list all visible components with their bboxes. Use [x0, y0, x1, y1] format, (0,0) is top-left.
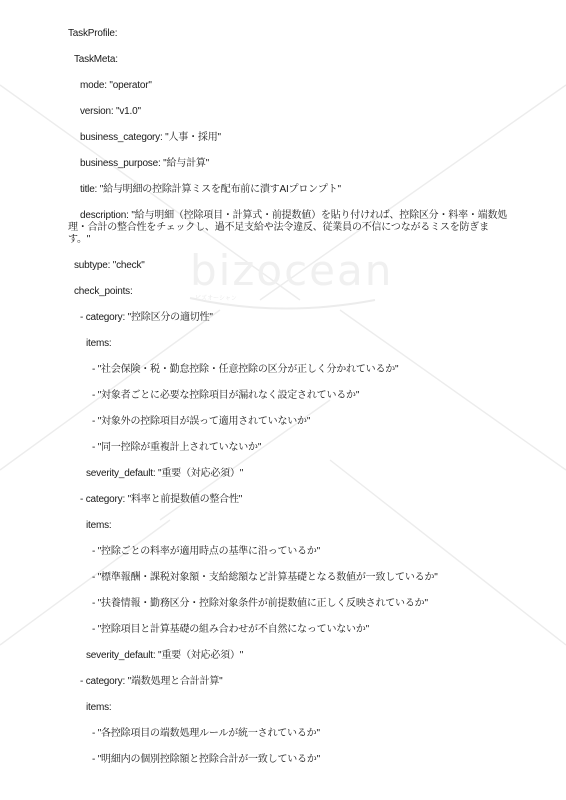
title-line: title: "給与明細の控除計算ミスを配布前に潰すAIプロンプト" [68, 184, 508, 196]
business-purpose-line: business_purpose: "給与計算" [68, 158, 508, 170]
subtype-line: subtype: "check" [68, 260, 508, 272]
check-item: - "控除ごとの料率が適用時点の基準に沿っているか" [68, 546, 508, 558]
check-item: - "対象外の控除項目が誤って適用されていないか" [68, 416, 508, 428]
check-point-category: - category: "料率と前提数値の整合性" [68, 494, 508, 506]
task-profile-key: TaskProfile: [68, 28, 508, 40]
business-category-line: business_category: "人事・採用" [68, 132, 508, 144]
items-key: items: [68, 338, 508, 350]
check-item: - "標準報酬・課税対象額・支給総額など計算基礎となる数値が一致しているか" [68, 572, 508, 584]
severity-default-line: severity_default: "重要（対応必須）" [68, 468, 508, 480]
yaml-document: TaskProfile: TaskMeta: mode: "operator" … [68, 28, 508, 780]
check-item: - "社会保険・税・勤怠控除・任意控除の区分が正しく分かれているか" [68, 364, 508, 376]
check-item: - "控除項目と計算基礎の組み合わせが不自然になっていないか" [68, 624, 508, 636]
task-meta-key: TaskMeta: [68, 54, 508, 66]
items-key: items: [68, 520, 508, 532]
items-key: items: [68, 702, 508, 714]
check-item: - "明細内の個別控除額と控除合計が一致しているか" [68, 754, 508, 766]
description-line: description: "給与明細（控除項目・計算式・前提数値）を貼り付ければ… [68, 210, 508, 246]
mode-line: mode: "operator" [68, 80, 508, 92]
check-point-category: - category: "端数処理と合計計算" [68, 676, 508, 688]
severity-default-line: severity_default: "重要（対応必須）" [68, 650, 508, 662]
check-item: - "対象者ごとに必要な控除項目が漏れなく設定されているか" [68, 390, 508, 402]
check-points-key: check_points: [68, 286, 508, 298]
check-item: - "各控除項目の端数処理ルールが統一されているか" [68, 728, 508, 740]
check-point-category: - category: "控除区分の適切性" [68, 312, 508, 324]
check-item: - "扶養情報・勤務区分・控除対象条件が前提数値に正しく反映されているか" [68, 598, 508, 610]
version-line: version: "v1.0" [68, 106, 508, 118]
check-item: - "同一控除が重複計上されていないか" [68, 442, 508, 454]
